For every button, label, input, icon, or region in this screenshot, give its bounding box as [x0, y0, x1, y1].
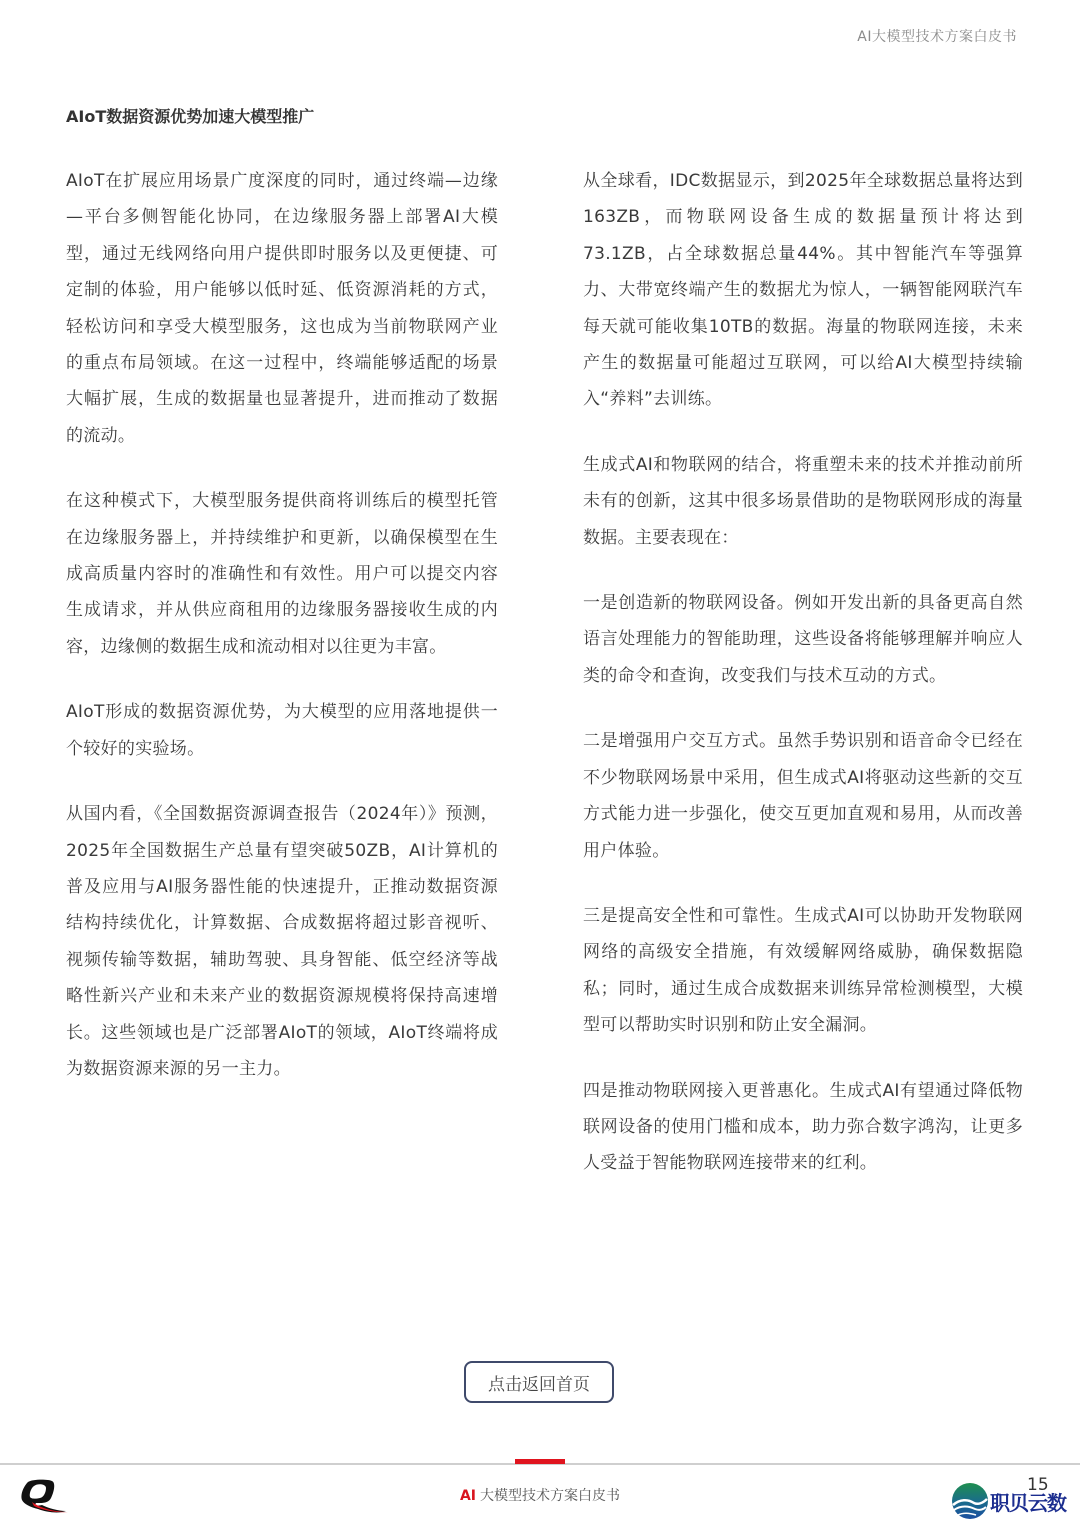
back-to-home-button[interactable]: 点击返回首页	[464, 1361, 614, 1403]
footer-title-text: 大模型技术方案白皮书	[480, 1488, 620, 1504]
right-column: 从全球看，IDC数据显示，到2025年全球数据总量将达到163ZB，而物联网设备…	[583, 163, 1023, 1211]
paragraph: AIoT在扩展应用场景广度深度的同时，通过终端—边缘—平台多侧智能化协同，在边缘…	[66, 163, 498, 454]
paragraph: AIoT形成的数据资源优势，为大模型的应用落地提供一个较好的实验场。	[66, 694, 498, 767]
footer-accent-bar	[515, 1459, 565, 1464]
paragraph: 生成式AI和物联网的结合，将重塑未来的技术并推动前所未有的创新，这其中很多场景借…	[583, 447, 1023, 556]
footer-title-ai: AI	[460, 1488, 476, 1504]
paragraph: 四是推动物联网接入更普惠化。生成式AI有望通过降低物联网设备的使用门槛和成本，助…	[583, 1073, 1023, 1182]
paragraph: 一是创造新的物联网设备。例如开发出新的具备更高自然语言处理能力的智能助理，这些设…	[583, 585, 1023, 694]
running-header-title: AI大模型技术方案白皮书	[857, 26, 1017, 46]
paragraph: 三是提高安全性和可靠性。生成式AI可以协助开发物联网网络的高级安全措施，有效缓解…	[583, 898, 1023, 1044]
paragraph: 二是增强用户交互方式。虽然手势识别和语音命令已经在不少物联网场景中采用，但生成式…	[583, 723, 1023, 869]
footer-title: AI大模型技术方案白皮书	[0, 1485, 1080, 1505]
paragraph: 从全球看，IDC数据显示，到2025年全球数据总量将达到163ZB，而物联网设备…	[583, 163, 1023, 418]
paragraph: 从国内看，《全国数据资源调查报告（2024年）》预测，2025年全国数据生产总量…	[66, 796, 498, 1087]
section-title: AIoT数据资源优势加速大模型推广	[66, 104, 314, 127]
paragraph: 在这种模式下，大模型服务提供商将训练后的模型托管在边缘服务器上，并持续维护和更新…	[66, 483, 498, 665]
left-column: AIoT在扩展应用场景广度深度的同时，通过终端—边缘—平台多侧智能化协同，在边缘…	[66, 163, 498, 1116]
globe-wave-logo-icon	[950, 1481, 990, 1521]
page-number: 15	[1027, 1475, 1049, 1495]
